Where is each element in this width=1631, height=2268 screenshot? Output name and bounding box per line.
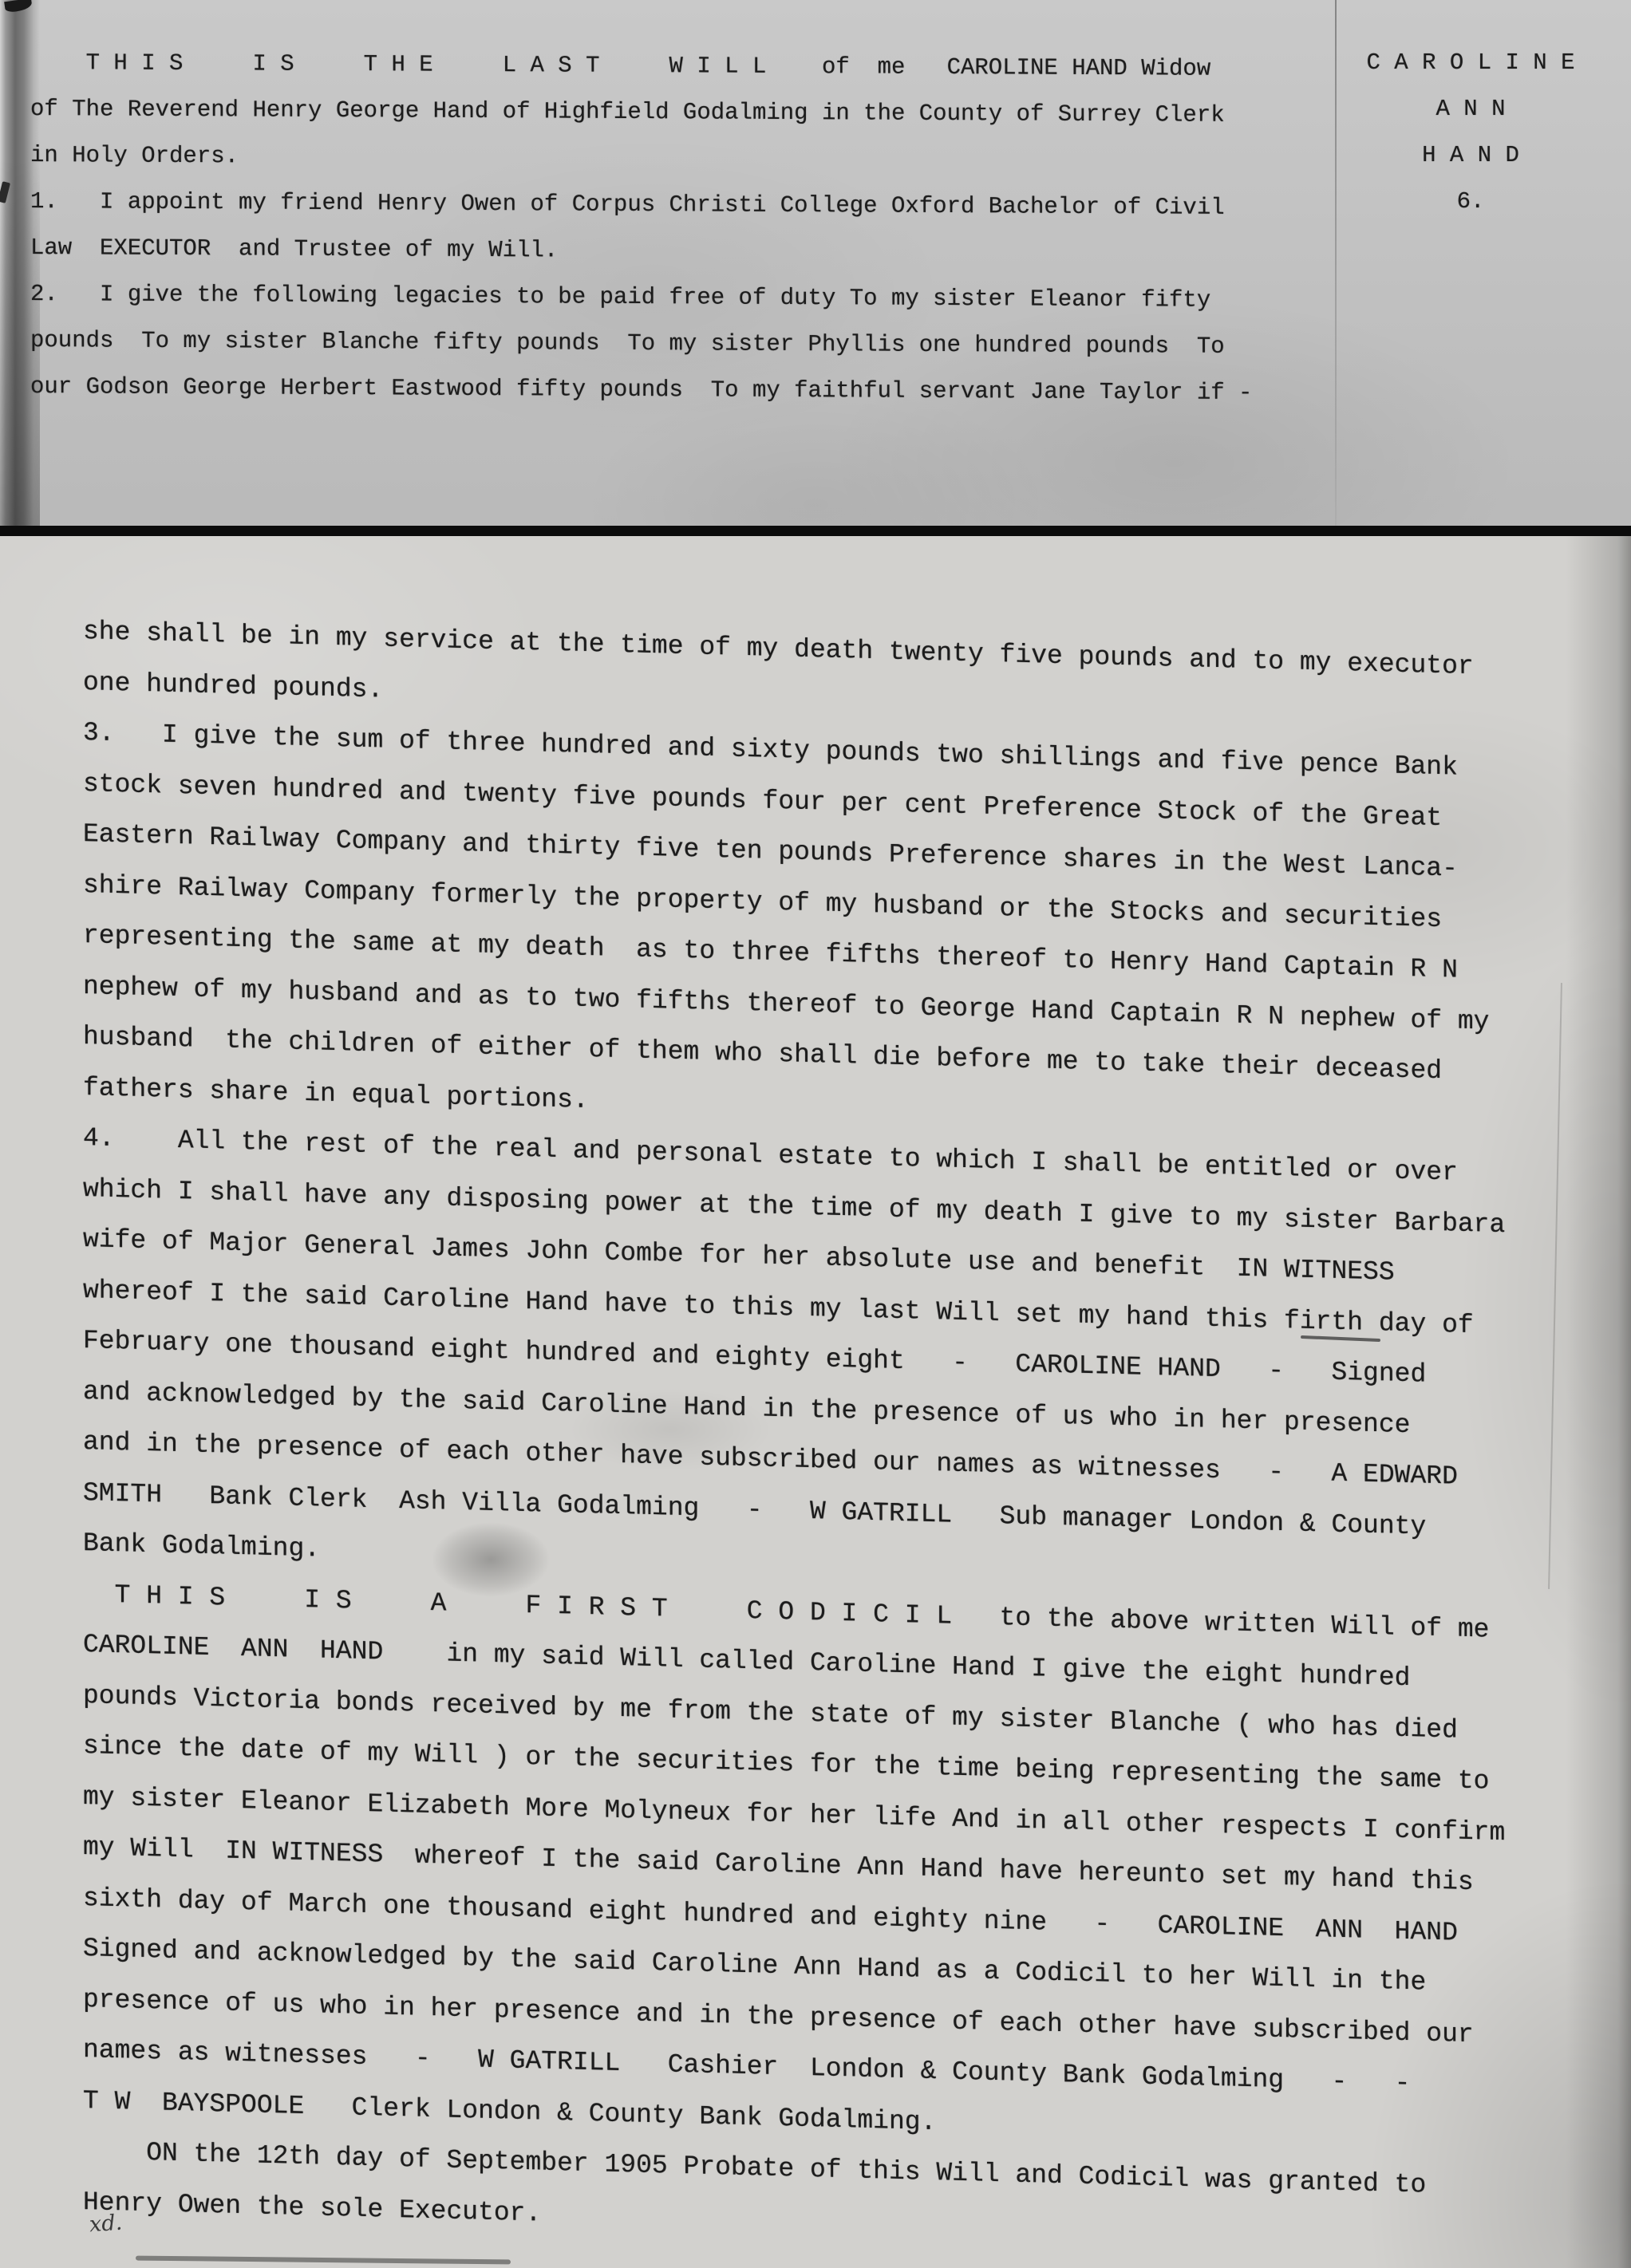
will-page-1: T H I S I S T H E L A S T W I L L of me … — [0, 0, 1631, 526]
text-line: T H I S I S T H E L A S T W I L L of me … — [30, 40, 1331, 93]
text-line: H A N D — [1339, 132, 1602, 179]
page1-margin-heading: C A R O L I N EA N NH A N D6. — [1339, 40, 1602, 225]
handwritten-annotation: xd. — [89, 2211, 123, 2238]
page2-text-block: she shall be in my service at the time o… — [83, 606, 1607, 2266]
page-divider-bar — [0, 526, 1631, 536]
text-line: Law EXECUTOR and Trustee of my Will. — [30, 225, 1331, 278]
margin-rule-line — [1335, 0, 1337, 526]
text-line: 1. I appoint my friend Henry Owen of Cor… — [30, 179, 1331, 232]
text-line: our Godson George Herbert Eastwood fifty… — [30, 364, 1331, 417]
will-page-2: she shall be in my service at the time o… — [0, 536, 1631, 2268]
scan-smudge-bottom — [136, 2256, 511, 2265]
text-line: in Holy Orders. — [30, 132, 1331, 186]
text-line: A N N — [1339, 86, 1602, 132]
scanned-will-document: T H I S I S T H E L A S T W I L L of me … — [0, 0, 1631, 2268]
text-line: 6. — [1339, 179, 1602, 225]
text-line: pounds To my sister Blanche fifty pounds… — [30, 318, 1331, 371]
page1-text-block: T H I S I S T H E L A S T W I L L of me … — [30, 40, 1331, 417]
text-line: 2. I give the following legacies to be p… — [30, 271, 1331, 325]
text-line: of The Reverend Henry George Hand of Hig… — [30, 86, 1331, 140]
text-line: C A R O L I N E — [1339, 40, 1602, 86]
